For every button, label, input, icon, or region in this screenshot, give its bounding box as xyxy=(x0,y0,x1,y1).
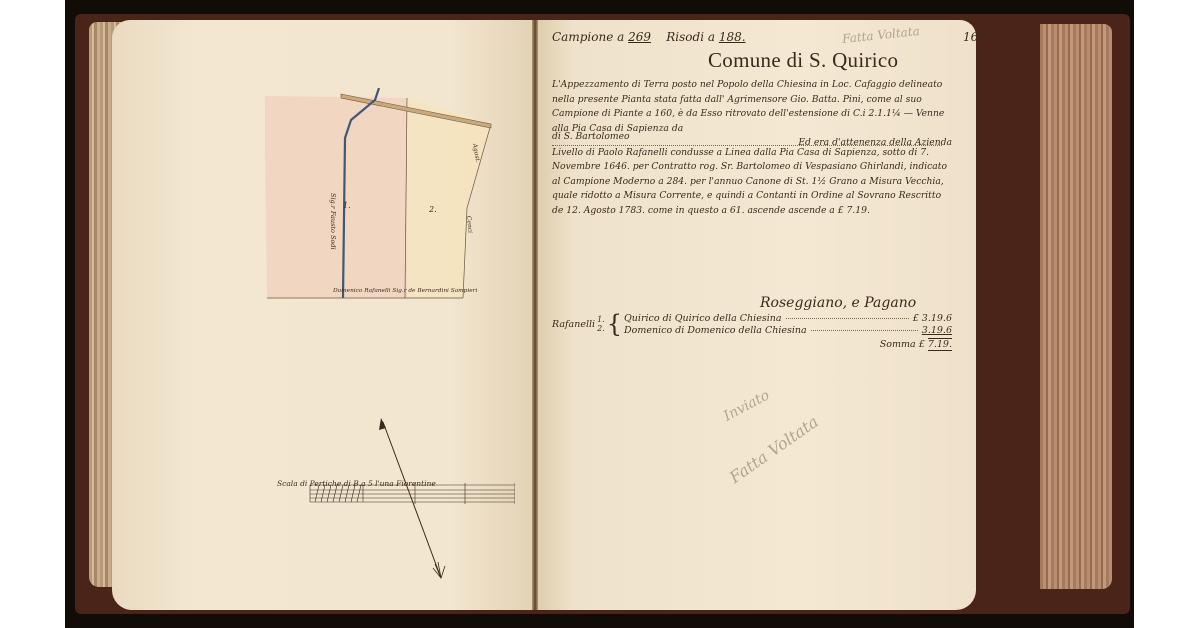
row-1-amount: 3.19.6 xyxy=(922,313,952,324)
ledger-nums: 1. 2. xyxy=(597,315,605,333)
parcel-2 xyxy=(407,98,491,298)
register-header: Campione a 269 Risodi a 188. xyxy=(552,30,746,44)
scale-bar-and-north-arrow: Scala di Pertiche di B.a 5 l'una Fiorent… xyxy=(245,418,515,583)
paragraph-livello: di S. Bartolomeo Livello di Paolo Rafane… xyxy=(552,130,952,219)
ledger-body: Rafanelli 1. 2. { Quirico di Quirico del… xyxy=(552,312,952,336)
paragraph-1-text: L'Appezzamento di Terra posto nel Popolo… xyxy=(552,79,944,134)
ledger-total: Somma £ 7.19. xyxy=(552,338,952,350)
row-1-num: 1. xyxy=(597,315,605,324)
leader-dots xyxy=(811,330,918,331)
risodi-label: Risodi a xyxy=(666,30,715,44)
page-number: 167 xyxy=(963,30,986,44)
row-1-currency: £ xyxy=(913,313,919,324)
brace-glyph: { xyxy=(607,314,622,334)
total-currency: £ xyxy=(919,339,925,350)
row-1-name: Quirico di Quirico della Chiesina xyxy=(624,313,782,324)
leader-dots xyxy=(786,318,909,319)
right-page-edges xyxy=(1040,24,1112,589)
ledger-row: Domenico di Domenico della Chiesina 3.19… xyxy=(624,324,952,336)
total-label: Somma xyxy=(880,339,916,350)
boundary-left-label: Sig.r Fausto Sodi xyxy=(329,193,337,250)
page-title: Comune di S. Quirico xyxy=(708,48,898,73)
total-amount: 7.19. xyxy=(928,338,952,351)
parcel-map: 1. 2. Sig.r Fausto Sodi Agost. Cenci Dom… xyxy=(225,88,495,308)
parcel-1-label: 1. xyxy=(343,201,351,210)
ledger-family: Rafanelli xyxy=(552,319,595,330)
paragraph-2-amount: £ 7.19. xyxy=(838,205,870,216)
paragraph-2-text: Livello di Paolo Rafanelli condusse a Li… xyxy=(552,147,947,216)
row-2-amount: 3.19.6 xyxy=(922,325,952,336)
ledger-table: Rafanelli 1. 2. { Quirico di Quirico del… xyxy=(552,312,952,350)
boundary-bottom-label: Domenico Rafanelli Sig.r de Bernardini S… xyxy=(332,288,477,294)
ledger-rows: Quirico di Quirico della Chiesina £ 3.19… xyxy=(624,312,952,336)
campione-value: 269 xyxy=(628,30,651,44)
risodi-value: 188. xyxy=(719,30,746,44)
scale-bar-label: Scala di Pertiche di B.a 5 l'una Fiorent… xyxy=(277,479,436,488)
paragraph-2-lead: di S. Bartolomeo xyxy=(552,130,942,146)
parcel-2-label: 2. xyxy=(428,205,437,214)
row-2-name: Domenico di Domenico della Chiesina xyxy=(624,325,807,336)
ledger-heading: Roseggiano, e Pagano xyxy=(760,295,916,311)
campione-label: Campione a xyxy=(552,30,624,44)
ledger-row: Quirico di Quirico della Chiesina £ 3.19… xyxy=(624,312,952,324)
row-2-num: 2. xyxy=(597,324,605,333)
